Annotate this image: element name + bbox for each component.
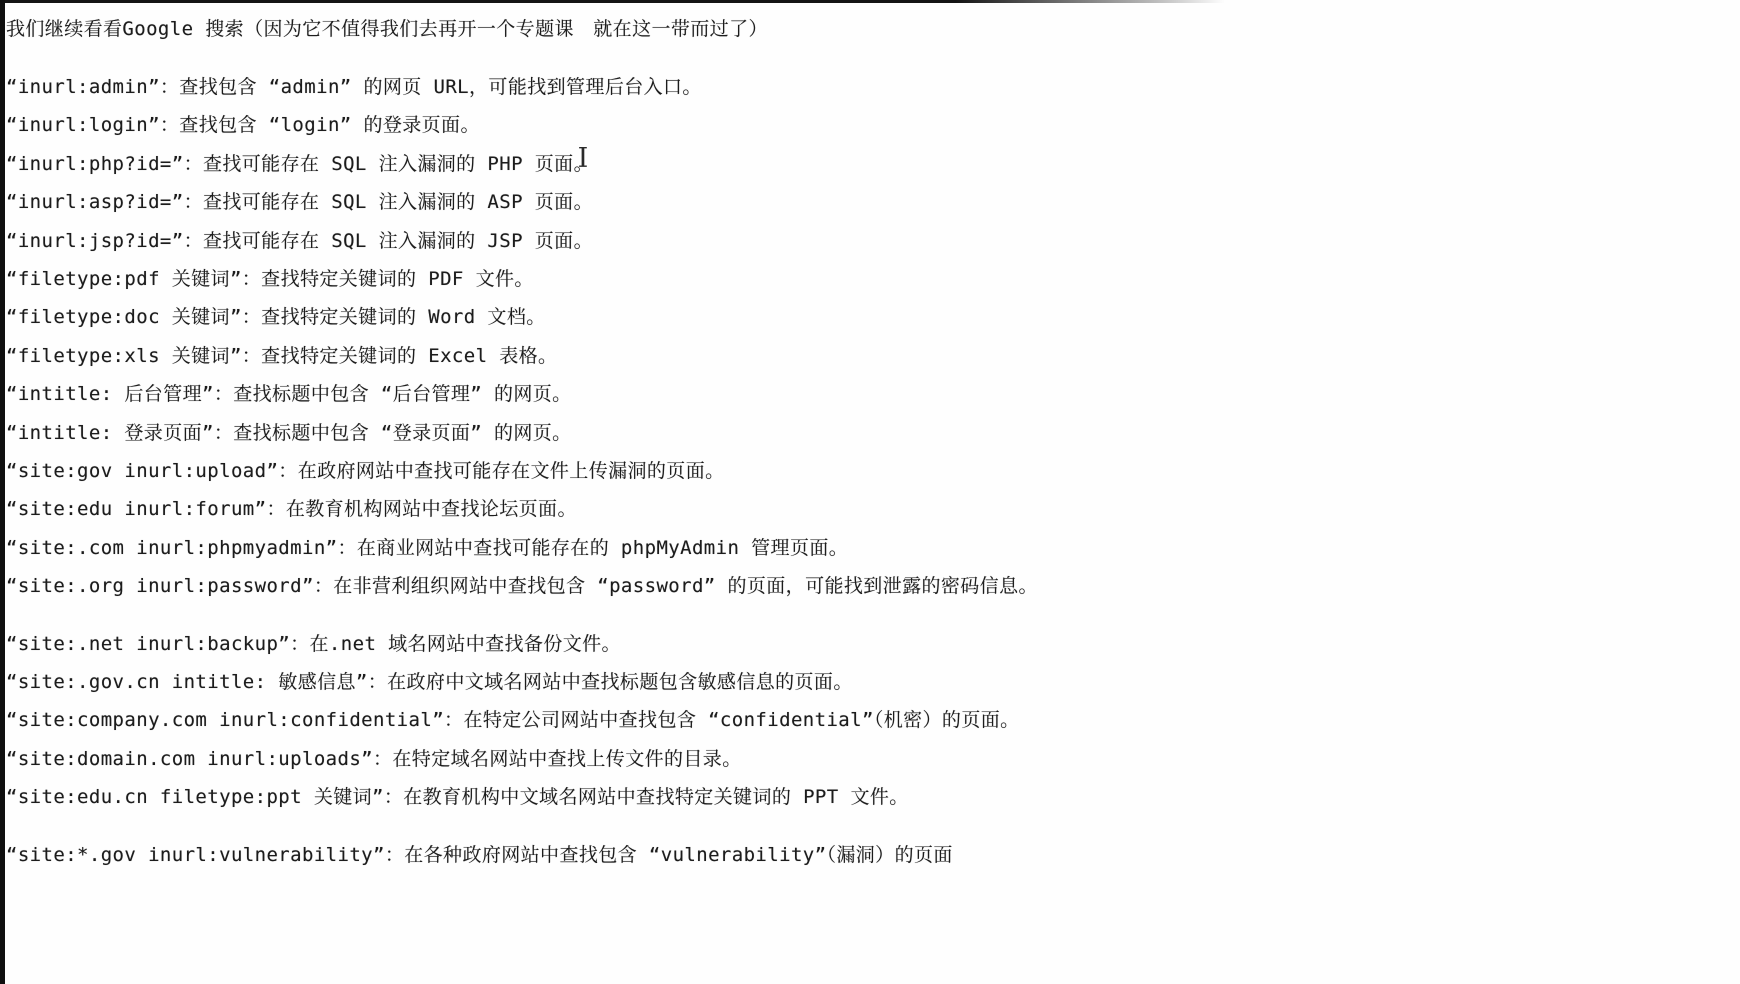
text-line: “site:company.com inurl:confidential”：在特… bbox=[6, 700, 1740, 738]
text-line: “site:.net inurl:backup”：在.net 域名网站中查找备份… bbox=[6, 623, 1740, 661]
document-page[interactable]: 我们继续看看Google 搜索（因为它不值得我们去再开一个专题课 就在这一带而过… bbox=[0, 0, 1740, 984]
text-line: “site:gov inurl:upload”：在政府网站中查找可能存在文件上传… bbox=[6, 450, 1740, 488]
intro-line: 我们继续看看Google 搜索（因为它不值得我们去再开一个专题课 就在这一带而过… bbox=[6, 8, 1740, 46]
text-line: “site:*.gov inurl:vulnerability”：在各种政府网站… bbox=[6, 834, 1740, 872]
text-line: “inurl:admin”：查找包含 “admin” 的网页 URL，可能找到管… bbox=[6, 66, 1740, 104]
page-left-border bbox=[0, 0, 5, 984]
text-line: “inurl:login”：查找包含 “login” 的登录页面。 bbox=[6, 105, 1740, 143]
text-line: “site:.com inurl:phpmyadmin”：在商业网站中查找可能存… bbox=[6, 527, 1740, 565]
text-line: “site:domain.com inurl:uploads”：在特定域名网站中… bbox=[6, 738, 1740, 776]
text-line: “filetype:doc 关键词”：查找特定关键词的 Word 文档。 bbox=[6, 297, 1740, 335]
text-line: “intitle: 后台管理”：查找标题中包含 “后台管理” 的网页。 bbox=[6, 374, 1740, 412]
text-line: “inurl:php?id=”：查找可能存在 SQL 注入漏洞的 PHP 页面。 bbox=[6, 143, 1740, 181]
text-line: “site:edu inurl:forum”：在教育机构网站中查找论坛页面。 bbox=[6, 489, 1740, 527]
text-line: “filetype:pdf 关键词”：查找特定关键词的 PDF 文件。 bbox=[6, 258, 1740, 296]
text-line: “site:edu.cn filetype:ppt 关键词”：在教育机构中文域名… bbox=[6, 776, 1740, 814]
text-line: “filetype:xls 关键词”：查找特定关键词的 Excel 表格。 bbox=[6, 335, 1740, 373]
text-line: “inurl:asp?id=”：查找可能存在 SQL 注入漏洞的 ASP 页面。 bbox=[6, 182, 1740, 220]
text-line: “site:.org inurl:password”：在非营利组织网站中查找包含… bbox=[6, 565, 1740, 603]
document-text-area[interactable]: 我们继续看看Google 搜索（因为它不值得我们去再开一个专题课 就在这一带而过… bbox=[6, 8, 1740, 872]
text-line: “intitle: 登录页面”：查找标题中包含 “登录页面” 的网页。 bbox=[6, 412, 1740, 450]
text-line: “site:.gov.cn intitle: 敏感信息”：在政府中文域名网站中查… bbox=[6, 661, 1740, 699]
page-top-border bbox=[0, 0, 1225, 3]
text-line: “inurl:jsp?id=”：查找可能存在 SQL 注入漏洞的 JSP 页面。 bbox=[6, 220, 1740, 258]
